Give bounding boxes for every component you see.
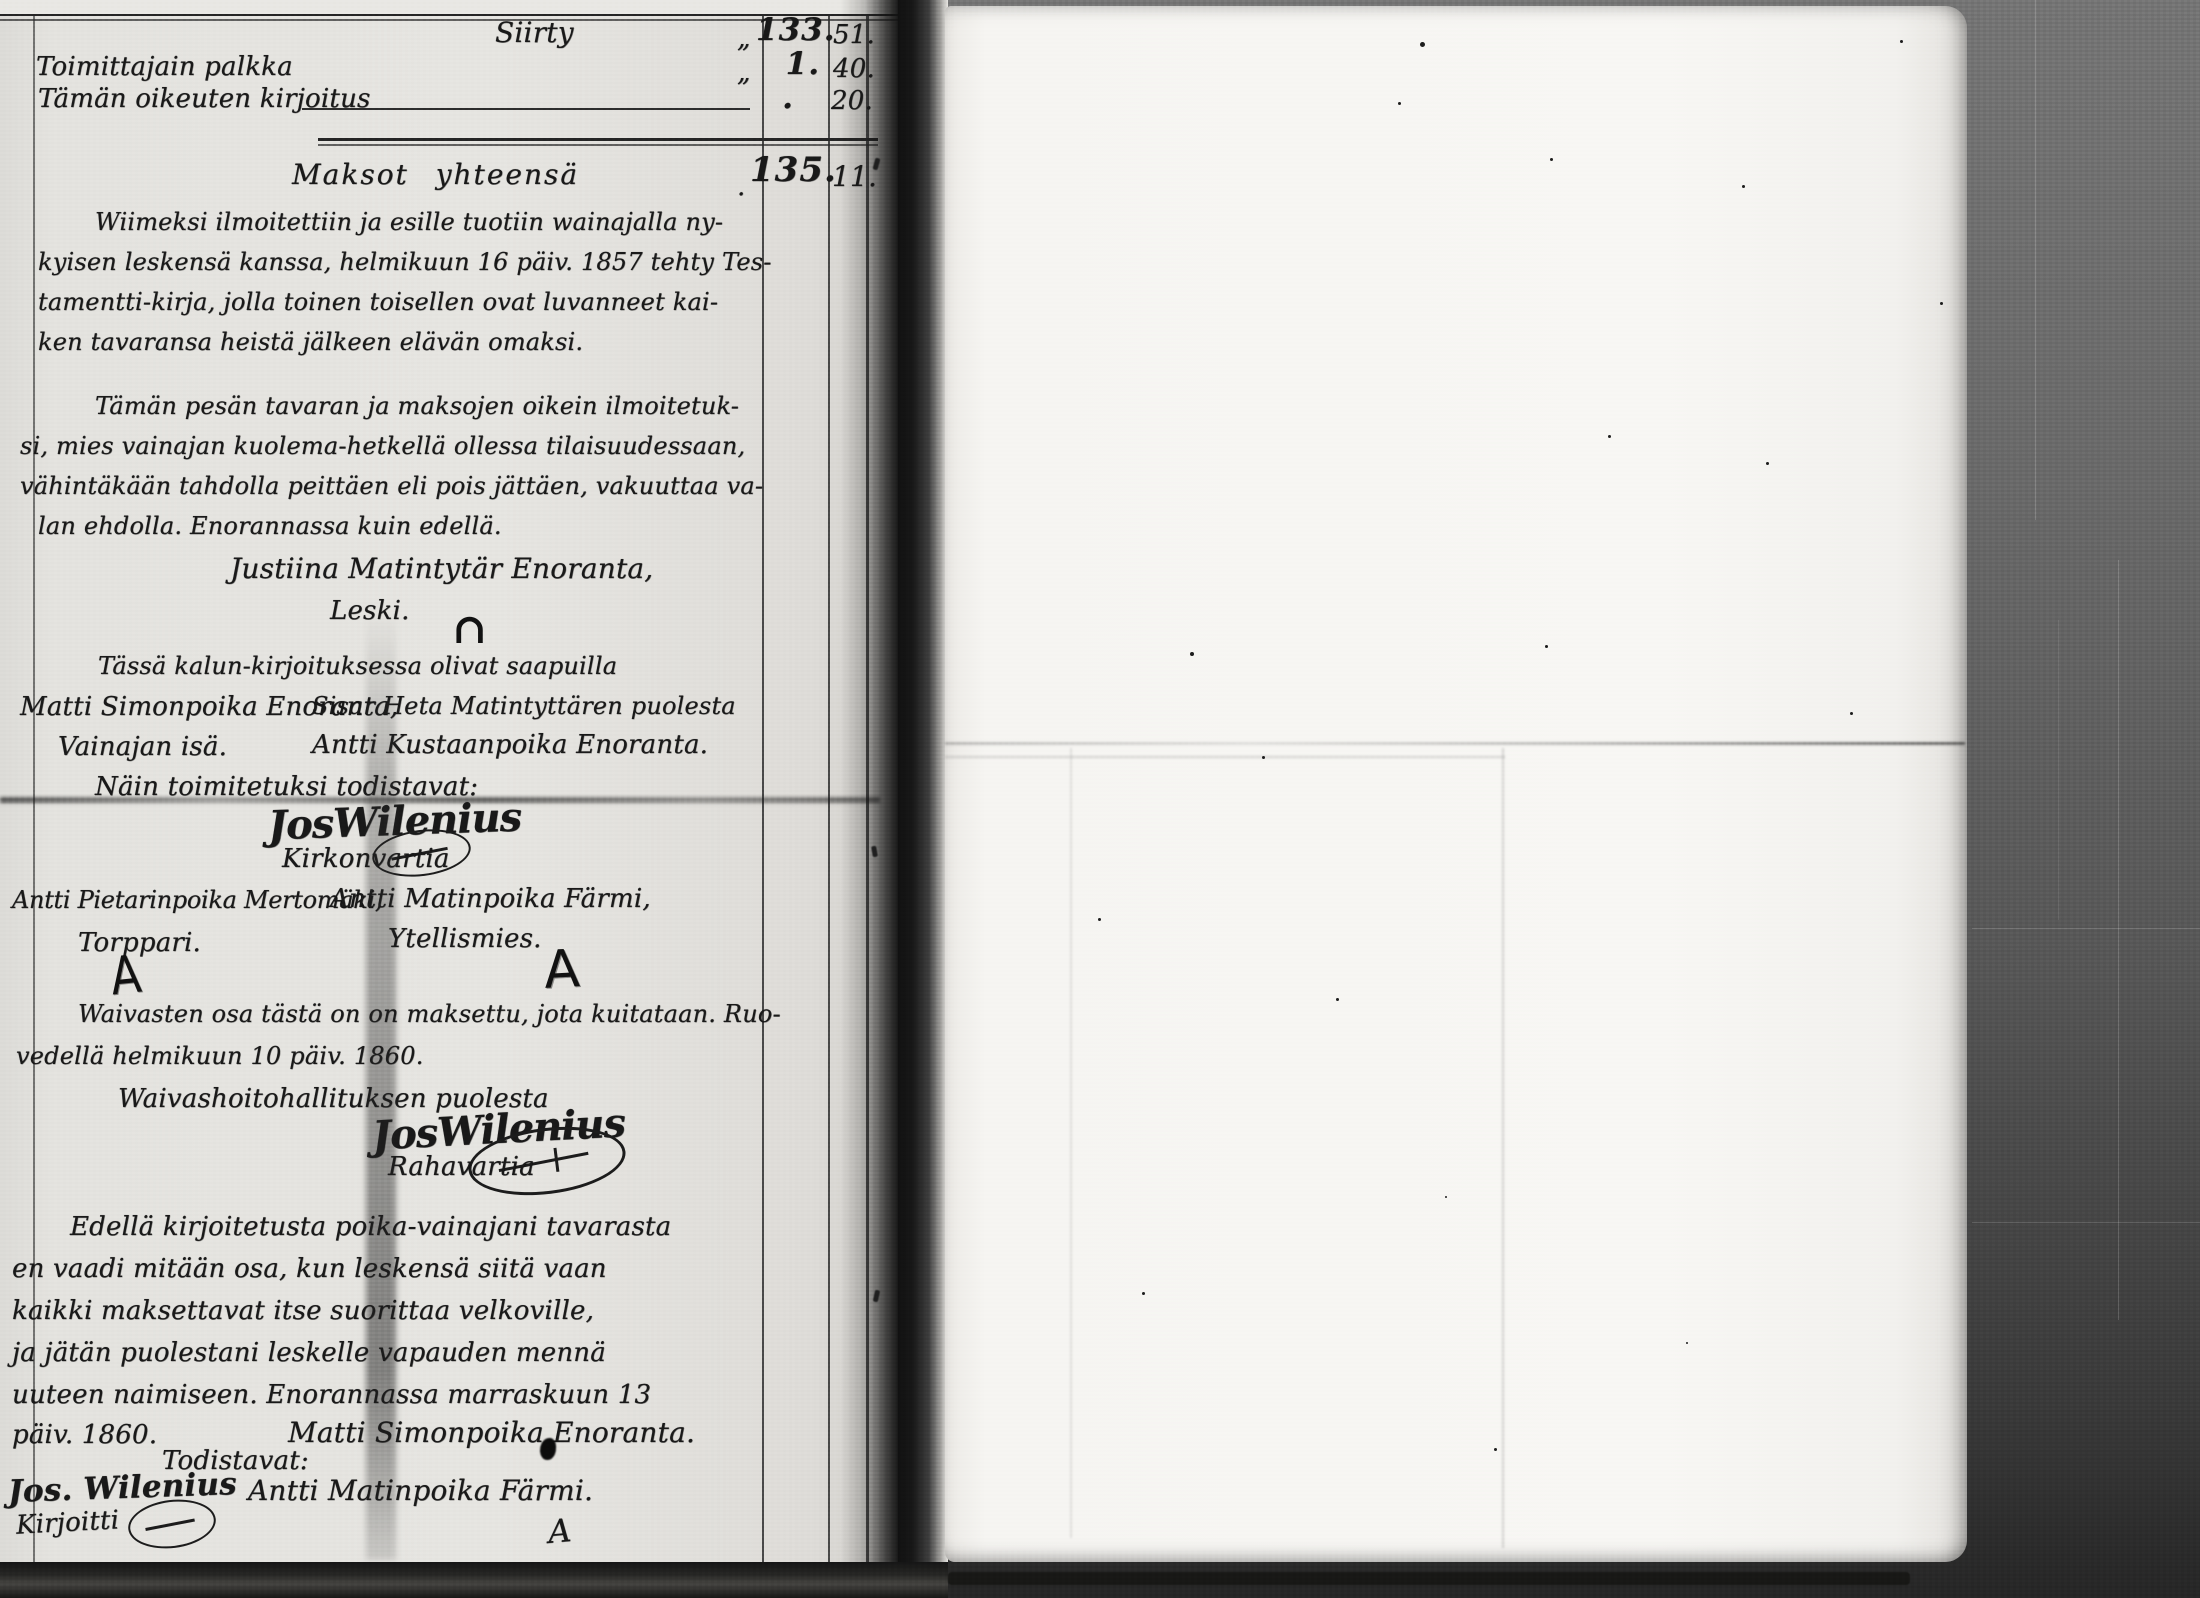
dust-speck: [1420, 42, 1425, 47]
renouncer-signature: Matti Simonpoika Enoranta.: [288, 1416, 695, 1449]
dust-speck: [1766, 462, 1769, 465]
total-riksdaler: 135.: [750, 150, 820, 190]
witness-handmark-icon: A: [542, 939, 581, 1001]
widow-handmark-icon: ∩: [452, 604, 487, 653]
section-rule: [318, 138, 878, 141]
bottom-shadow-band: [0, 1562, 948, 1598]
relief-line: Waivasten osa tästä on on maksettu, jota…: [78, 1000, 781, 1028]
book-gutter: [898, 0, 948, 1598]
attendance-heading: Tässä kalun-kirjoituksessa olivat saapui…: [98, 652, 617, 680]
attest-note: Kirjoitti: [15, 1505, 120, 1540]
witness-role: Ytellismies.: [388, 924, 542, 954]
gutter-smudge: [366, 610, 396, 1560]
dust-speck: [1398, 102, 1401, 105]
dust-speck: [1142, 1292, 1145, 1295]
ledger-row-label: Toimittajain palkka: [36, 52, 293, 82]
amount-riksdaler: .: [756, 80, 820, 116]
fold-crease: [945, 742, 1965, 745]
paragraph-line: uuteen naimiseen. Enorannassa marraskuun…: [12, 1380, 651, 1410]
scanner-scratch: [2118, 560, 2119, 1320]
paragraph-line: Wiimeksi ilmoitettiin ja esille tuotiin …: [95, 208, 723, 236]
widow-signature: Justiina Matintytär Enoranta,: [230, 552, 653, 585]
paragraph-line: ja jätän puolestani leskelle vapauden me…: [12, 1338, 606, 1368]
witness-name: Antti Pietarinpoika Mertomäki,: [12, 886, 382, 914]
left-page: Siirty „ 133. 51. Toimittajain palkka „ …: [0, 0, 900, 1598]
attest-witness: Antti Matinpoika Färmi.: [248, 1474, 593, 1507]
paragraph-line: kyisen leskensä kanssa, helmikuun 16 päi…: [38, 248, 772, 276]
date-line: päiv. 1860.: [12, 1420, 157, 1450]
paragraph-line: Tämän pesän tavaran ja maksojen oikein i…: [95, 392, 739, 420]
attendee-role: Vainajan isä.: [58, 732, 227, 762]
amount-riksdaler: 133.: [756, 12, 820, 48]
right-page-blank: [945, 6, 1967, 1562]
scanner-scratch: [2035, 0, 2036, 520]
witness-role: Torppari.: [78, 928, 201, 958]
scanner-scratch: [2058, 620, 2059, 920]
dust-speck: [1608, 435, 1611, 438]
clerk-title: Rahavartia: [388, 1152, 535, 1182]
dust-speck: [1336, 998, 1339, 1001]
paragraph-line: vähintäkään tahdolla peittäen eli pois j…: [20, 472, 763, 500]
scanner-scratch: [1972, 928, 2200, 929]
dust-speck: [1545, 645, 1548, 648]
fold-crease: [1070, 748, 1072, 1538]
dust-speck: [1445, 1196, 1447, 1198]
ditto-mark: .: [737, 172, 745, 202]
scanned-document-spread: Siirty „ 133. 51. Toimittajain palkka „ …: [0, 0, 2200, 1598]
dust-speck: [1940, 302, 1943, 305]
paragraph-line: en vaadi mitään osa, kun leskensä siitä …: [12, 1254, 607, 1284]
amount-riksdaler: 1.: [756, 46, 820, 82]
scanner-scratch: [1972, 1222, 2200, 1223]
ink-blot: [540, 1438, 556, 1460]
right-page-bottom-shadow: [948, 1572, 1910, 1585]
fill-rule: [302, 108, 750, 110]
witness-handmark-icon: A: [108, 945, 144, 1008]
margin-rule: [33, 16, 35, 1568]
dust-speck: [1550, 158, 1553, 161]
dust-speck: [1850, 712, 1853, 715]
ditto-mark: „: [737, 58, 751, 88]
ditto-mark: „: [737, 24, 751, 54]
dust-speck: [1742, 185, 1745, 188]
dust-speck: [1098, 918, 1101, 921]
total-label: Maksot yhteensä: [292, 158, 579, 191]
dust-speck: [1900, 40, 1903, 43]
paragraph-line: si, mies vainajan kuolema-hetkellä olles…: [20, 432, 745, 460]
section-rule-2: [318, 144, 878, 146]
dust-speck: [1494, 1448, 1497, 1451]
paragraph-line: ken tavaransa heistä jälkeen elävän omak…: [38, 328, 583, 356]
dust-speck: [1686, 1342, 1688, 1344]
paragraph-line: lan ehdolla. Enorannassa kuin edellä.: [38, 512, 502, 540]
fold-crease: [945, 756, 1505, 758]
relief-line: vedellä helmikuun 10 päiv. 1860.: [16, 1042, 424, 1070]
paragraph-line: kaikki maksettavat itse suorittaa velkov…: [12, 1296, 594, 1326]
paragraph-line: tamentti-kirja, jolla toinen toisellen o…: [38, 288, 718, 316]
witness-handmark-icon: A: [546, 1511, 573, 1551]
dust-speck: [1190, 652, 1194, 656]
column-rule-2: [828, 16, 830, 1568]
left-page-shadow-edge: [840, 0, 900, 1598]
carried-over-label: Siirty: [495, 16, 574, 49]
dust-speck: [1262, 756, 1265, 759]
fold-crease: [1502, 748, 1504, 1548]
